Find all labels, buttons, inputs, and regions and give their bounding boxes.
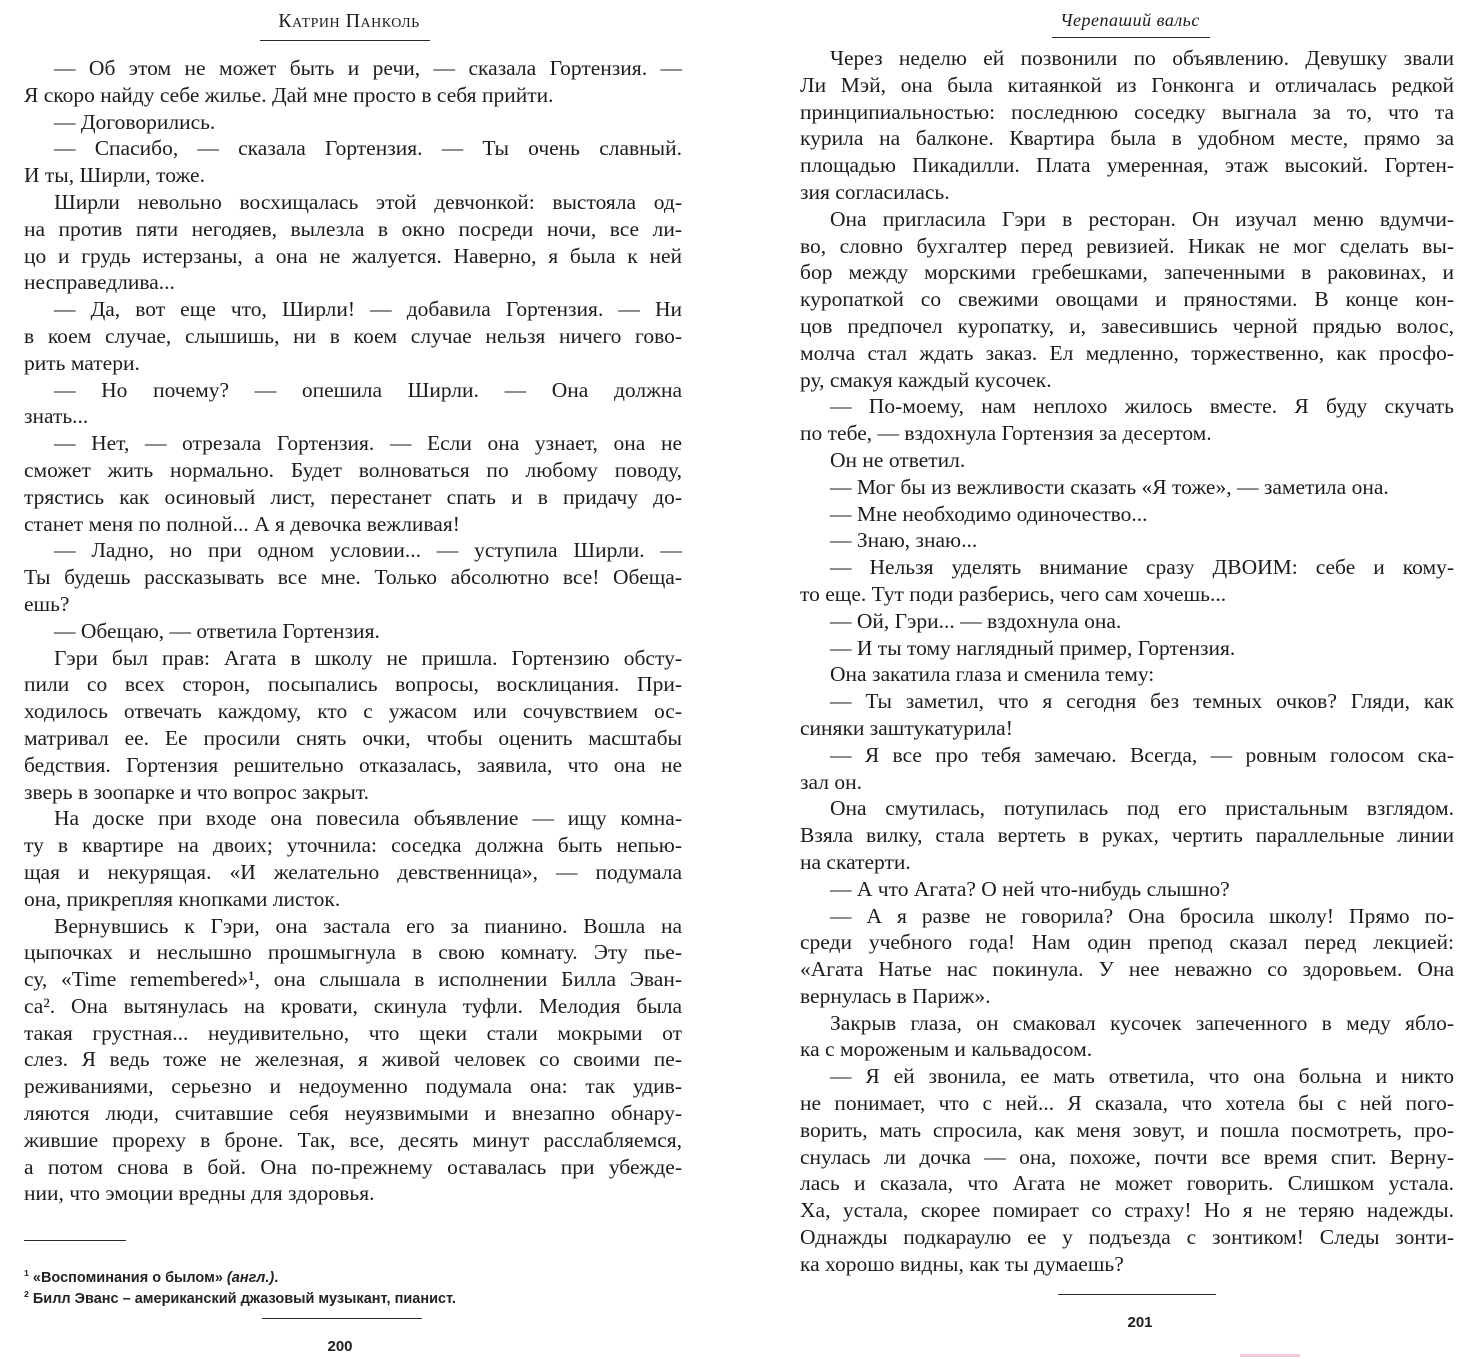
text-line: — Ты заметил, что я сегодня без темных о…: [800, 688, 1454, 715]
text-line: зал он.: [800, 769, 1454, 796]
text-line: Она смутилась, потупилась под его приста…: [800, 795, 1454, 822]
paragraph: — Мог бы из вежливости сказать «Я тоже»,…: [800, 474, 1454, 501]
text-line: са². Она вытянулась на кровати, скинула …: [24, 993, 682, 1020]
text-line: Я скоро найду себе жилье. Дай мне просто…: [24, 82, 682, 109]
paragraph: — И ты тому наглядный пример, Гортензия.: [800, 635, 1454, 662]
text-line: принципиальностью: последнюю соседку выг…: [800, 99, 1454, 126]
text-line: цо и грудь истерзаны, а она не жалуется.…: [24, 243, 682, 270]
paragraph: Она смутилась, потупилась под его приста…: [800, 795, 1454, 875]
text-line: молча стал ждать заказ. Ел медленно, тор…: [800, 340, 1454, 367]
text-line: ходилось отвечать каждому, кто с ужасом …: [24, 698, 682, 725]
text-line: ворить, мать спросила, как меня зовут, и…: [800, 1117, 1454, 1144]
text-line: Однажды подкараулю ее у подъезда с зонти…: [800, 1224, 1454, 1251]
text-line: матривал ее. Ее просили снять очки, чтоб…: [24, 725, 682, 752]
paragraph: — А я разве не говорила? Она бросила шко…: [800, 903, 1454, 1010]
text-line: — Ой, Гэри... — вздохнула она.: [800, 608, 1454, 635]
text-line: вернулась в Париж».: [800, 983, 1454, 1010]
text-line: — Но почему? — опешила Ширли. — Она долж…: [24, 377, 682, 404]
folio-rule: [262, 1318, 422, 1319]
text-line: — Ладно, но при одном условии... — уступ…: [24, 537, 682, 564]
paragraph: Гэри был прав: Агата в школу не пришла. …: [24, 645, 682, 806]
text-line: На доске при входе она повесила объявлен…: [24, 805, 682, 832]
text-line: по тебе, — вздохнула Гортензия за десерт…: [800, 420, 1454, 447]
text-line: цыпочках и неслышно прошмыгнула в свою к…: [24, 939, 682, 966]
text-line: — Нет, — отрезала Гортензия. — Если она …: [24, 430, 682, 457]
text-line: — По-моему, нам неплохо жилось вместе. Я…: [800, 393, 1454, 420]
paragraph: — Я все про тебя замечаю. Всегда, — ровн…: [800, 742, 1454, 796]
text-line: площадью Пикадилли. Плата умеренная, эта…: [800, 152, 1454, 179]
paragraph: — Ладно, но при одном условии... — уступ…: [24, 537, 682, 617]
paragraph: — По-моему, нам неплохо жилось вместе. Я…: [800, 393, 1454, 447]
text-line: Ли Мэй, она была китаянкой из Гонконга и…: [800, 72, 1454, 99]
text-line: — Мне необходимо одиночество...: [800, 501, 1454, 528]
paragraph: — Обещаю, — ответила Гортензия.: [24, 618, 682, 645]
footnotes: 1 «Воспоминания о былом» (англ.). 2 Билл…: [24, 1268, 664, 1310]
text-line: Через неделю ей позвонили по объявлению.…: [800, 45, 1454, 72]
text-line: на против пяти негодяев, вылезла в окно …: [24, 216, 682, 243]
text-line: бедствия. Гортензия решительно отказалас…: [24, 752, 682, 779]
footnote-text: «Воспоминания о былом»: [33, 1270, 223, 1286]
text-line: не понимает, что с ней... Я сказала, что…: [800, 1090, 1454, 1117]
footnote-text: Билл Эванс – американский джазовый музык…: [33, 1291, 456, 1307]
text-line: нии, что эмоции вредны для здоровья.: [24, 1180, 682, 1207]
footnote-rule: [24, 1240, 126, 1241]
text-line: рить матери.: [24, 350, 682, 377]
text-line: на скатерти.: [800, 849, 1454, 876]
text-line: ру, смакуя каждый кусочек.: [800, 367, 1454, 394]
text-line: — Договорились.: [24, 109, 682, 136]
text-line: ешь?: [24, 591, 682, 618]
paragraph: Ширли невольно восхищалась этой девчонко…: [24, 189, 682, 296]
footnote-language-note: (англ.): [227, 1270, 274, 1286]
text-line: жившие прореху в броне. Так, все, десять…: [24, 1127, 682, 1154]
right-page: Черепаший вальс Через неделю ей позвонил…: [740, 0, 1477, 1359]
page-number: 200: [300, 1338, 380, 1355]
paragraph: — Ой, Гэри... — вздохнула она.: [800, 608, 1454, 635]
text-line: ка с мороженым и кальвадосом.: [800, 1036, 1454, 1063]
paragraph: — Мне необходимо одиночество...: [800, 501, 1454, 528]
text-line: — Я ей звонила, ее мать ответила, что он…: [800, 1063, 1454, 1090]
text-line: пили со всех сторон, посыпались вопросы,…: [24, 671, 682, 698]
paragraph: — А что Агата? О ней что-нибудь слышно?: [800, 876, 1454, 903]
paragraph: — Но почему? — опешила Ширли. — Она долж…: [24, 377, 682, 431]
text-line: Взяла вилку, стала вертеть в руках, черт…: [800, 822, 1454, 849]
footnote-2: 2 Билл Эванс – американский джазовый муз…: [24, 1289, 664, 1310]
footnote-1: 1 «Воспоминания о былом» (англ.).: [24, 1268, 664, 1289]
text-line: Ширли невольно восхищалась этой девчонко…: [24, 189, 682, 216]
paragraph: Он не ответил.: [800, 447, 1454, 474]
text-line: реживаниями, серьезно и недоуменно подум…: [24, 1073, 682, 1100]
text-line: такая грустная... неудивительно, что щек…: [24, 1020, 682, 1047]
running-head-title: Черепаший вальс: [1040, 10, 1220, 31]
text-line: щая и некурящая. «И желательно девственн…: [24, 859, 682, 886]
text-line: куропаткой со свежими овощами и пряностя…: [800, 286, 1454, 313]
text-line: знать...: [24, 403, 682, 430]
text-line: Она закатила глаза и сменила тему:: [800, 661, 1454, 688]
text-line: синяки заштукатурила!: [800, 715, 1454, 742]
paragraph: — Нельзя уделять внимание сразу ДВОИМ: с…: [800, 554, 1454, 608]
page-number: 201: [1100, 1314, 1180, 1331]
text-line: курила на балконе. Квартира была в удобн…: [800, 125, 1454, 152]
paragraph: — Ты заметил, что я сегодня без темных о…: [800, 688, 1454, 742]
text-line: то еще. Тут поди разберись, чего сам хоч…: [800, 581, 1454, 608]
text-line: а потом снова в бой. Она по-прежнему ост…: [24, 1154, 682, 1181]
text-line: снулась ли дочка — она, похоже, почти вс…: [800, 1144, 1454, 1171]
text-line: ту в квартире на двоих; уточнила: соседк…: [24, 832, 682, 859]
header-rule: [1052, 37, 1210, 38]
text-line: зверь в зоопарке и что вопрос закрыт.: [24, 779, 682, 806]
left-page: Катрин Панколь — Об этом не может быть и…: [0, 0, 740, 1359]
paragraph: Она закатила глаза и сменила тему:: [800, 661, 1454, 688]
footnote-mark: 1: [24, 1268, 29, 1278]
text-line: сможет жить нормально. Будет волноваться…: [24, 457, 682, 484]
text-line: Вернувшись к Гэри, она застала его за пи…: [24, 913, 682, 940]
paragraph: — Договорились.: [24, 109, 682, 136]
body-text: — Об этом не может быть и речи, — сказал…: [24, 55, 682, 1207]
scan-artifact: [1240, 1354, 1300, 1357]
text-line: в коем случае, слышишь, ни в коем случае…: [24, 323, 682, 350]
body-text: Через неделю ей позвонили по объявлению.…: [800, 45, 1454, 1278]
paragraph: — Спасибо, — сказала Гортензия. — Ты оче…: [24, 135, 682, 189]
text-line: она, прикрепляя кнопками листок.: [24, 886, 682, 913]
paragraph: — Об этом не может быть и речи, — сказал…: [24, 55, 682, 109]
text-line: Закрыв глаза, он смаковал кусочек запече…: [800, 1010, 1454, 1037]
text-line: цов предпочел куропатку, и, завесившись …: [800, 313, 1454, 340]
text-line: лась и сказала, что Агата не может говор…: [800, 1170, 1454, 1197]
header-rule: [260, 40, 430, 41]
text-line: Ха, устала, скорее помирает со страху! Н…: [800, 1197, 1454, 1224]
paragraph: На доске при входе она повесила объявлен…: [24, 805, 682, 912]
text-line: среди учебного года! Нам один препод ска…: [800, 929, 1454, 956]
paragraph: — Нет, — отрезала Гортензия. — Если она …: [24, 430, 682, 537]
footnote-tail: .: [274, 1270, 278, 1286]
text-line: — Мог бы из вежливости сказать «Я тоже»,…: [800, 474, 1454, 501]
book-spread: Катрин Панколь — Об этом не может быть и…: [0, 0, 1477, 1359]
text-line: бор между морскими гребешками, запеченны…: [800, 259, 1454, 286]
folio-rule: [1058, 1294, 1216, 1295]
text-line: — Спасибо, — сказала Гортензия. — Ты оче…: [24, 135, 682, 162]
text-line: зия согласилась.: [800, 179, 1454, 206]
text-line: Ты будешь рассказывать все мне. Только а…: [24, 564, 682, 591]
text-line: — Нельзя уделять внимание сразу ДВОИМ: с…: [800, 554, 1454, 581]
text-line: во, словно бухгалтер перед ревизией. Ник…: [800, 233, 1454, 260]
text-line: И ты, Ширли, тоже.: [24, 162, 682, 189]
text-line: несправедлива...: [24, 269, 682, 296]
text-line: — И ты тому наглядный пример, Гортензия.: [800, 635, 1454, 662]
text-line: — Да, вот еще что, Ширли! — добавила Гор…: [24, 296, 682, 323]
text-line: Она пригласила Гэри в ресторан. Он изуча…: [800, 206, 1454, 233]
text-line: — А что Агата? О ней что-нибудь слышно?: [800, 876, 1454, 903]
text-line: слез. Я ведь тоже не железная, я живой ч…: [24, 1046, 682, 1073]
text-line: Он не ответил.: [800, 447, 1454, 474]
text-line: — Обещаю, — ответила Гортензия.: [24, 618, 682, 645]
footnote-mark: 2: [24, 1289, 29, 1299]
text-line: — Я все про тебя замечаю. Всегда, — ровн…: [800, 742, 1454, 769]
running-head-author: Катрин Панколь: [240, 10, 458, 33]
paragraph: Через неделю ей позвонили по объявлению.…: [800, 45, 1454, 206]
text-line: ка хорошо видны, как ты думаешь?: [800, 1251, 1454, 1278]
text-line: ляются люди, считавшие себя неуязвимыми …: [24, 1100, 682, 1127]
paragraph: Вернувшись к Гэри, она застала его за пи…: [24, 913, 682, 1208]
paragraph: — Я ей звонила, ее мать ответила, что он…: [800, 1063, 1454, 1277]
text-line: су, «Time remembered»¹, она слышала в ис…: [24, 966, 682, 993]
paragraph: Она пригласила Гэри в ресторан. Он изуча…: [800, 206, 1454, 394]
text-line: — А я разве не говорила? Она бросила шко…: [800, 903, 1454, 930]
paragraph: — Да, вот еще что, Ширли! — добавила Гор…: [24, 296, 682, 376]
paragraph: Закрыв глаза, он смаковал кусочек запече…: [800, 1010, 1454, 1064]
text-line: «Агата Натье нас покинула. У нее неважно…: [800, 956, 1454, 983]
text-line: станет меня по полной... А я девочка веж…: [24, 511, 682, 538]
paragraph: — Знаю, знаю...: [800, 527, 1454, 554]
text-line: — Об этом не может быть и речи, — сказал…: [24, 55, 682, 82]
text-line: Гэри был прав: Агата в школу не пришла. …: [24, 645, 682, 672]
text-line: — Знаю, знаю...: [800, 527, 1454, 554]
text-line: трястись как осиновый лист, перестанет с…: [24, 484, 682, 511]
